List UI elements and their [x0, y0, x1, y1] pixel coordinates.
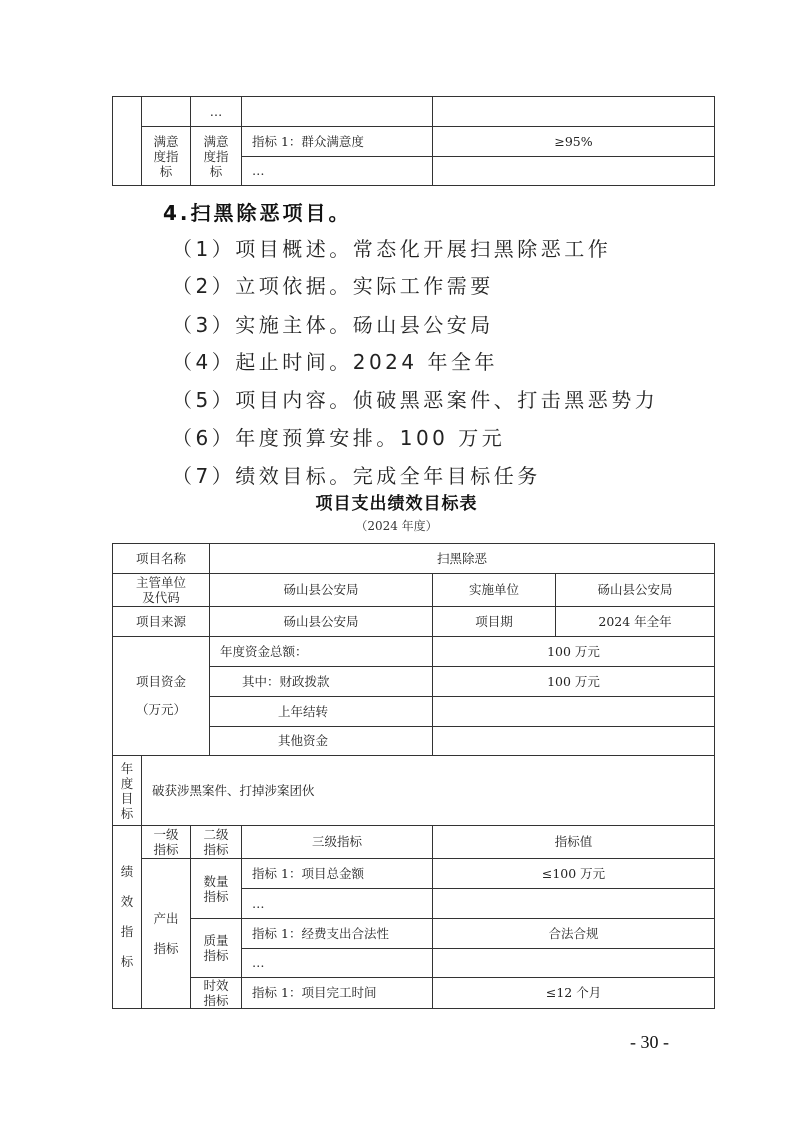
value-header: 指标值: [433, 826, 715, 859]
level2-quality: 质量指标: [191, 919, 242, 978]
section-item-5: （5）项目内容。侦破黑恶案件、打击黑恶势力: [172, 384, 658, 413]
section-item-3: （3）实施主体。砀山县公安局: [172, 309, 494, 338]
funds-total-value: 100 万元: [433, 637, 715, 667]
section-item-4: （4）起止时间。2024 年全年: [172, 346, 498, 375]
cell: [142, 97, 191, 127]
section-heading: 4.扫黑除恶项目。: [163, 197, 352, 226]
annual-goal: 破获涉黑案件、打掉涉案团伙: [142, 756, 715, 826]
indicator-satisfaction: 指标 1：群众满意度: [242, 127, 433, 157]
level2-satisfaction: 满意度指标: [191, 127, 242, 186]
project-name: 扫黑除恶: [210, 544, 715, 574]
cell: [242, 97, 433, 127]
ellipsis-cell: …: [242, 889, 433, 919]
source-label: 项目来源: [113, 607, 210, 637]
indicator-legality-value: 合法合规: [433, 919, 715, 949]
level1-output: 产出指标: [142, 859, 191, 1009]
continued-indicator-table: … 满意度指标 满意度指标 指标 1：群众满意度 ≥95% …: [112, 96, 715, 186]
level2-timeliness: 时效指标: [191, 978, 242, 1009]
level2-header: 二级指标: [191, 826, 242, 859]
cell: [433, 949, 715, 978]
supervisor-label: 主管单位及代码: [113, 574, 210, 607]
indicator-completion-time-value: ≤12 个月: [433, 978, 715, 1009]
indicator-total-amount: 指标 1：项目总金额: [242, 859, 433, 889]
project-name-label: 项目名称: [113, 544, 210, 574]
performance-target-table: 项目名称 扫黑除恶 主管单位及代码 砀山县公安局 实施单位 砀山县公安局 项目来…: [112, 543, 715, 1009]
indicator-value: ≥95%: [433, 127, 715, 157]
funds-other-value: [433, 727, 715, 756]
cell: [433, 889, 715, 919]
section-item-7: （7）绩效目标。完成全年目标任务: [172, 460, 541, 489]
ellipsis-cell: …: [191, 97, 242, 127]
funds-carryover-value: [433, 697, 715, 727]
table-subtitle: （2024 年度）: [0, 517, 793, 534]
indicator-total-amount-value: ≤100 万元: [433, 859, 715, 889]
annual-goal-label: 年度目标: [113, 756, 142, 826]
funds-total-label: 年度资金总额：: [210, 637, 433, 667]
funds-fiscal-label: 其中：财政拨款: [210, 667, 433, 697]
funds-fiscal-value: 100 万元: [433, 667, 715, 697]
section-item-2: （2）立项依据。实际工作需要: [172, 270, 494, 299]
ellipsis-cell: …: [242, 157, 433, 186]
perf-indicator-label: 绩效指标: [113, 826, 142, 1009]
perf-label-cell: [113, 97, 142, 186]
supervisor: 砀山县公安局: [210, 574, 433, 607]
level3-header: 三级指标: [242, 826, 433, 859]
period-label: 项目期: [433, 607, 556, 637]
source: 砀山县公安局: [210, 607, 433, 637]
implementer-label: 实施单位: [433, 574, 556, 607]
indicator-legality: 指标 1：经费支出合法性: [242, 919, 433, 949]
ellipsis-cell: …: [242, 949, 433, 978]
funds-carryover-label: 上年结转: [210, 697, 433, 727]
section-item-1: （1）项目概述。常态化开展扫黑除恶工作: [172, 233, 611, 262]
table-title: 项目支出绩效目标表: [0, 489, 793, 514]
indicator-completion-time: 指标 1：项目完工时间: [242, 978, 433, 1009]
funds-other-label: 其他资金: [210, 727, 433, 756]
page-number: - 30 -: [630, 1032, 669, 1053]
cell: [433, 157, 715, 186]
level2-quantity: 数量指标: [191, 859, 242, 919]
section-item-6: （6）年度预算安排。100 万元: [172, 422, 505, 451]
cell: [433, 97, 715, 127]
funds-label: 项目资金 （万元）: [113, 637, 210, 756]
implementer: 砀山县公安局: [556, 574, 715, 607]
level1-satisfaction: 满意度指标: [142, 127, 191, 186]
level1-header: 一级指标: [142, 826, 191, 859]
period: 2024 年全年: [556, 607, 715, 637]
